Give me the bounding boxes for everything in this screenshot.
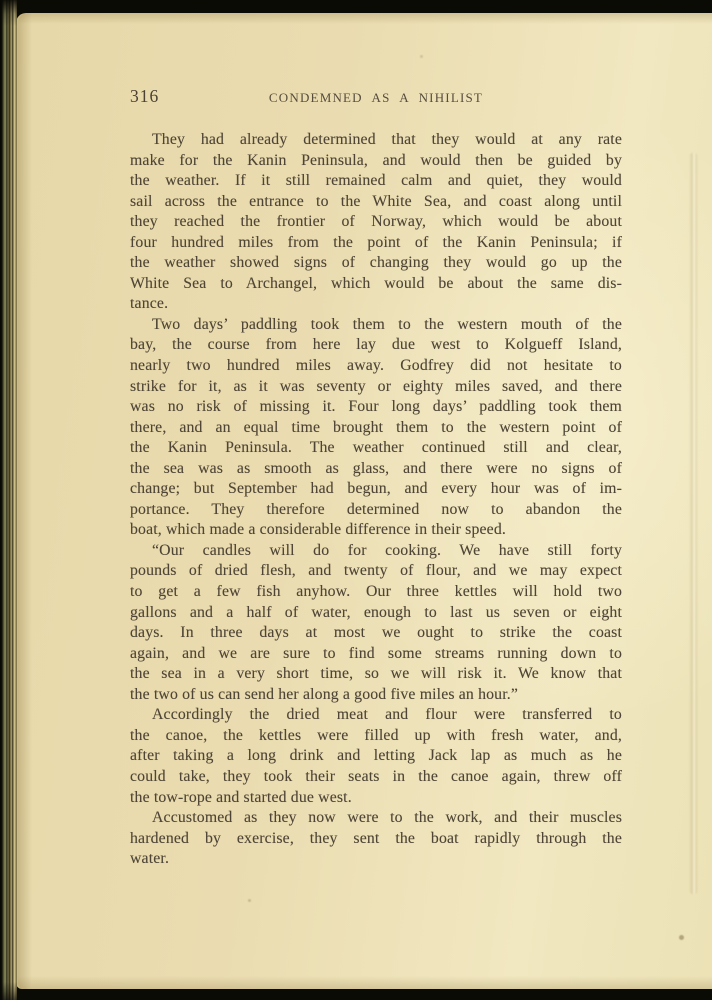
page-body: They had already determined that they wo… <box>130 130 622 870</box>
paragraph: Accustomed as they now were to the work,… <box>130 808 622 870</box>
text-line: They had already determined that they wo… <box>130 130 622 151</box>
text-line: nearly two hundred miles away. Godfrey d… <box>130 356 622 377</box>
text-line: pounds of dried flesh, and twenty of flo… <box>130 561 622 582</box>
paragraph: “Our candles will do for cooking. We hav… <box>130 541 622 705</box>
text-line: the canoe, the kettles were filled up wi… <box>130 726 622 747</box>
paragraph: They had already determined that they wo… <box>130 130 622 315</box>
scan-backdrop-bottom <box>0 989 712 1000</box>
text-line: bay, the course from here lay due west t… <box>130 335 622 356</box>
dust-speck <box>248 899 251 902</box>
text-line: after taking a long drink and letting Ja… <box>130 746 622 767</box>
text-line: was no risk of missing it. Four long day… <box>130 397 622 418</box>
text-line: the sea was as smooth as glass, and ther… <box>130 459 622 480</box>
text-line: make for the Kanin Peninsula, and would … <box>130 151 622 172</box>
text-line: to get a few fish anyhow. Our three kett… <box>130 582 622 603</box>
text-line: sail across the entrance to the White Se… <box>130 192 622 213</box>
text-line: they reached the frontier of Norway, whi… <box>130 212 622 233</box>
text-line: change; but September had begun, and eve… <box>130 479 622 500</box>
text-line: water. <box>130 849 622 870</box>
text-line: tance. <box>130 294 622 315</box>
page-crease <box>689 153 698 894</box>
book-page: 316 CONDEMNED AS A NIHILIST They had alr… <box>16 13 712 989</box>
book-binding-edge <box>0 0 17 1000</box>
text-line: days. In three days at most we ought to … <box>130 623 622 644</box>
book-scan: 316 CONDEMNED AS A NIHILIST They had alr… <box>0 0 712 1000</box>
text-line: again, and we are sure to find some stre… <box>130 644 622 665</box>
paragraph: Two days’ paddling took them to the west… <box>130 315 622 541</box>
text-line: the two of us can send her along a good … <box>130 685 622 706</box>
text-line: Accustomed as they now were to the work,… <box>130 808 622 829</box>
text-line: White Sea to Archangel, which would be a… <box>130 274 622 295</box>
page-header: 316 CONDEMNED AS A NIHILIST <box>130 86 622 110</box>
text-line: could take, they took their seats in the… <box>130 767 622 788</box>
text-line: the sea in a very short time, so we will… <box>130 664 622 685</box>
text-line: hardened by exercise, they sent the boat… <box>130 829 622 850</box>
text-line: there, and an equal time brought them to… <box>130 418 622 439</box>
text-line: boat, which made a considerable differen… <box>130 520 622 541</box>
text-line: the weather. If it still remained calm a… <box>130 171 622 192</box>
text-line: portance. They therefore determined now … <box>130 500 622 521</box>
text-line: four hundred miles from the point of the… <box>130 233 622 254</box>
text-line: the weather showed signs of changing the… <box>130 253 622 274</box>
text-line: gallons and a half of water, enough to l… <box>130 603 622 624</box>
paragraph: Accordingly the dried meat and flour wer… <box>130 705 622 808</box>
text-line: strike for it, as it was seventy or eigh… <box>130 377 622 398</box>
text-line: “Our candles will do for cooking. We hav… <box>130 541 622 562</box>
text-line: Two days’ paddling took them to the west… <box>130 315 622 336</box>
dust-speck <box>679 935 684 940</box>
text-line: Accordingly the dried meat and flour wer… <box>130 705 622 726</box>
running-title: CONDEMNED AS A NIHILIST <box>130 90 622 106</box>
text-line: the tow-rope and started due west. <box>130 788 622 809</box>
scan-backdrop-top <box>0 0 712 13</box>
text-line: the Kanin Peninsula. The weather continu… <box>130 438 622 459</box>
dust-speck <box>420 55 423 58</box>
